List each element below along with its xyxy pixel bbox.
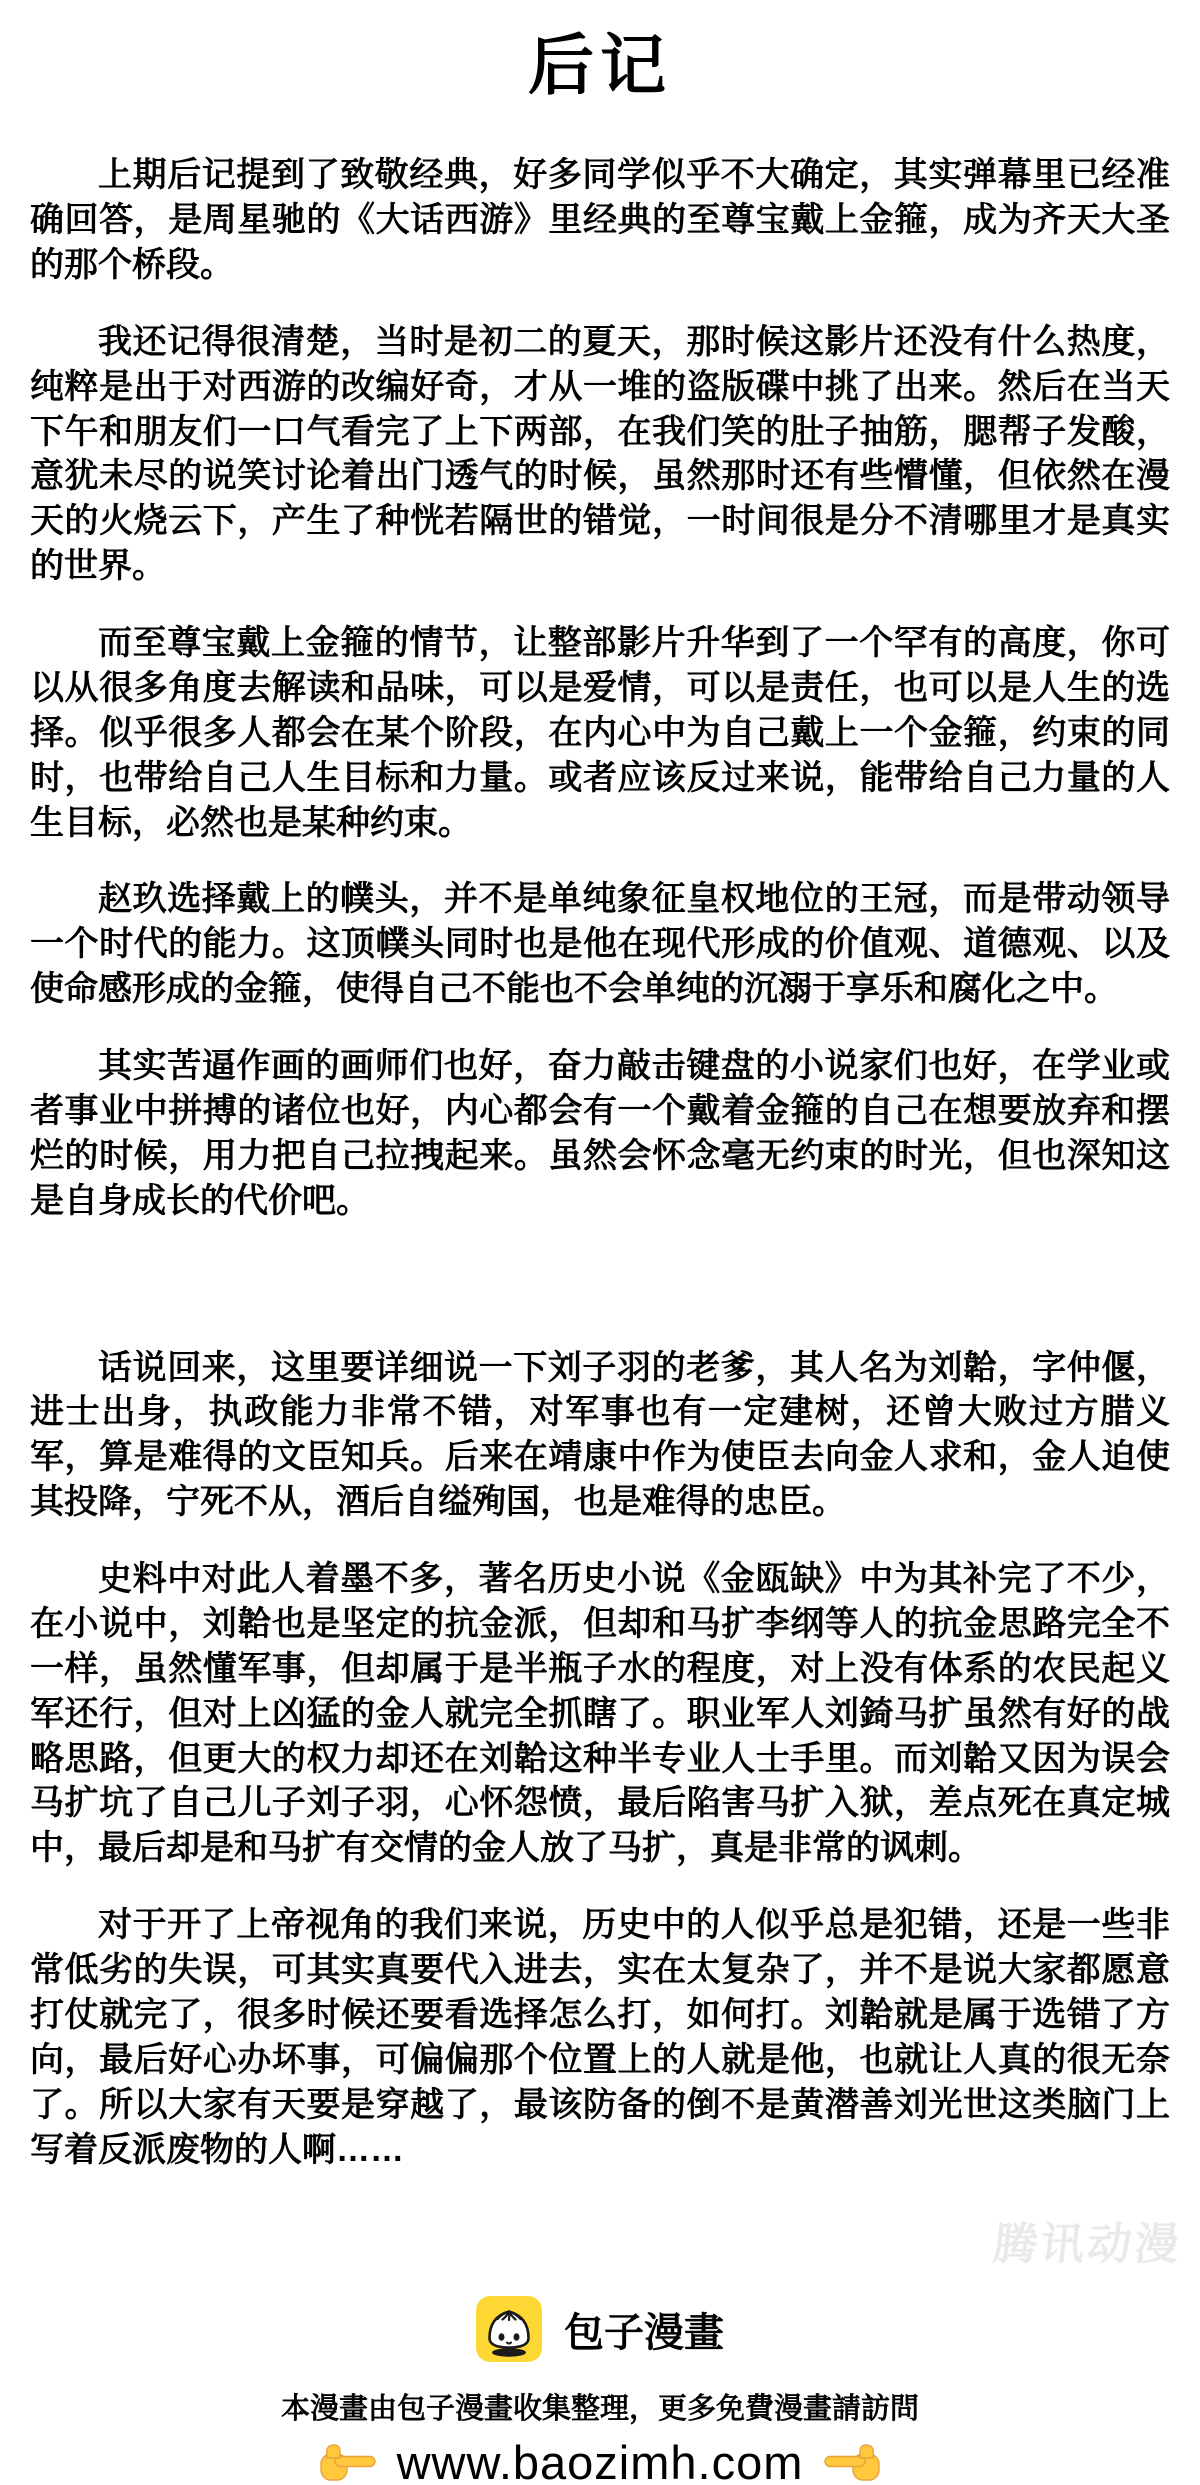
paragraph-4: 赵玖选择戴上的幞头，并不是单纯象征皇权地位的王冠，而是带动领导一个时代的能力。这… (30, 877, 1170, 1012)
footer-tagline: 本漫畫由包子漫畫收集整理，更多免費漫畫請訪問 (0, 2386, 1200, 2427)
paragraph-3: 而至尊宝戴上金箍的情节，让整部影片升华到了一个罕有的高度，你可以从很多角度去解读… (30, 621, 1170, 845)
paragraph-2: 我还记得很清楚，当时是初二的夏天，那时候这影片还没有什么热度，纯粹是出于对西游的… (30, 320, 1170, 589)
page-title: 后记 (0, 26, 1200, 105)
afterword-body: 上期后记提到了致敬经典，好多同学似乎不大确定，其实弹幕里已经准确回答，是周星驰的… (0, 153, 1200, 2172)
paragraph-8: 对于开了上帝视角的我们来说，历史中的人似乎总是犯错，还是一些非常低劣的失误，可其… (30, 1903, 1170, 2172)
brand-name: 包子漫畫 (564, 2301, 724, 2358)
footer: 包子漫畫 本漫畫由包子漫畫收集整理，更多免費漫畫請訪問 www.baozimh.… (0, 2296, 1200, 2485)
point-left-hand-icon (823, 2442, 881, 2484)
baozi-logo-icon (476, 2296, 542, 2362)
paragraph-6: 话说回来，这里要详细说一下刘子羽的老爹，其人名为刘韐，字仲偃，进士出身，执政能力… (30, 1346, 1170, 1526)
paragraph-1: 上期后记提到了致敬经典，好多同学似乎不大确定，其实弹幕里已经准确回答，是周星驰的… (30, 153, 1170, 288)
paragraph-7: 史料中对此人着墨不多，著名历史小说《金瓯缺》中为其补完了不少，在小说中，刘韐也是… (30, 1557, 1170, 1871)
site-url[interactable]: www.baozimh.com (397, 2435, 804, 2485)
brand-row: 包子漫畫 (0, 2296, 1200, 2362)
url-row: www.baozimh.com (0, 2435, 1200, 2485)
tencent-comics-watermark: 腾讯动漫 (991, 2208, 1186, 2272)
point-right-hand-icon (319, 2442, 377, 2484)
paragraph-5: 其实苦逼作画的画师们也好，奋力敲击键盘的小说家们也好，在学业或者事业中拼搏的诸位… (30, 1044, 1170, 1224)
